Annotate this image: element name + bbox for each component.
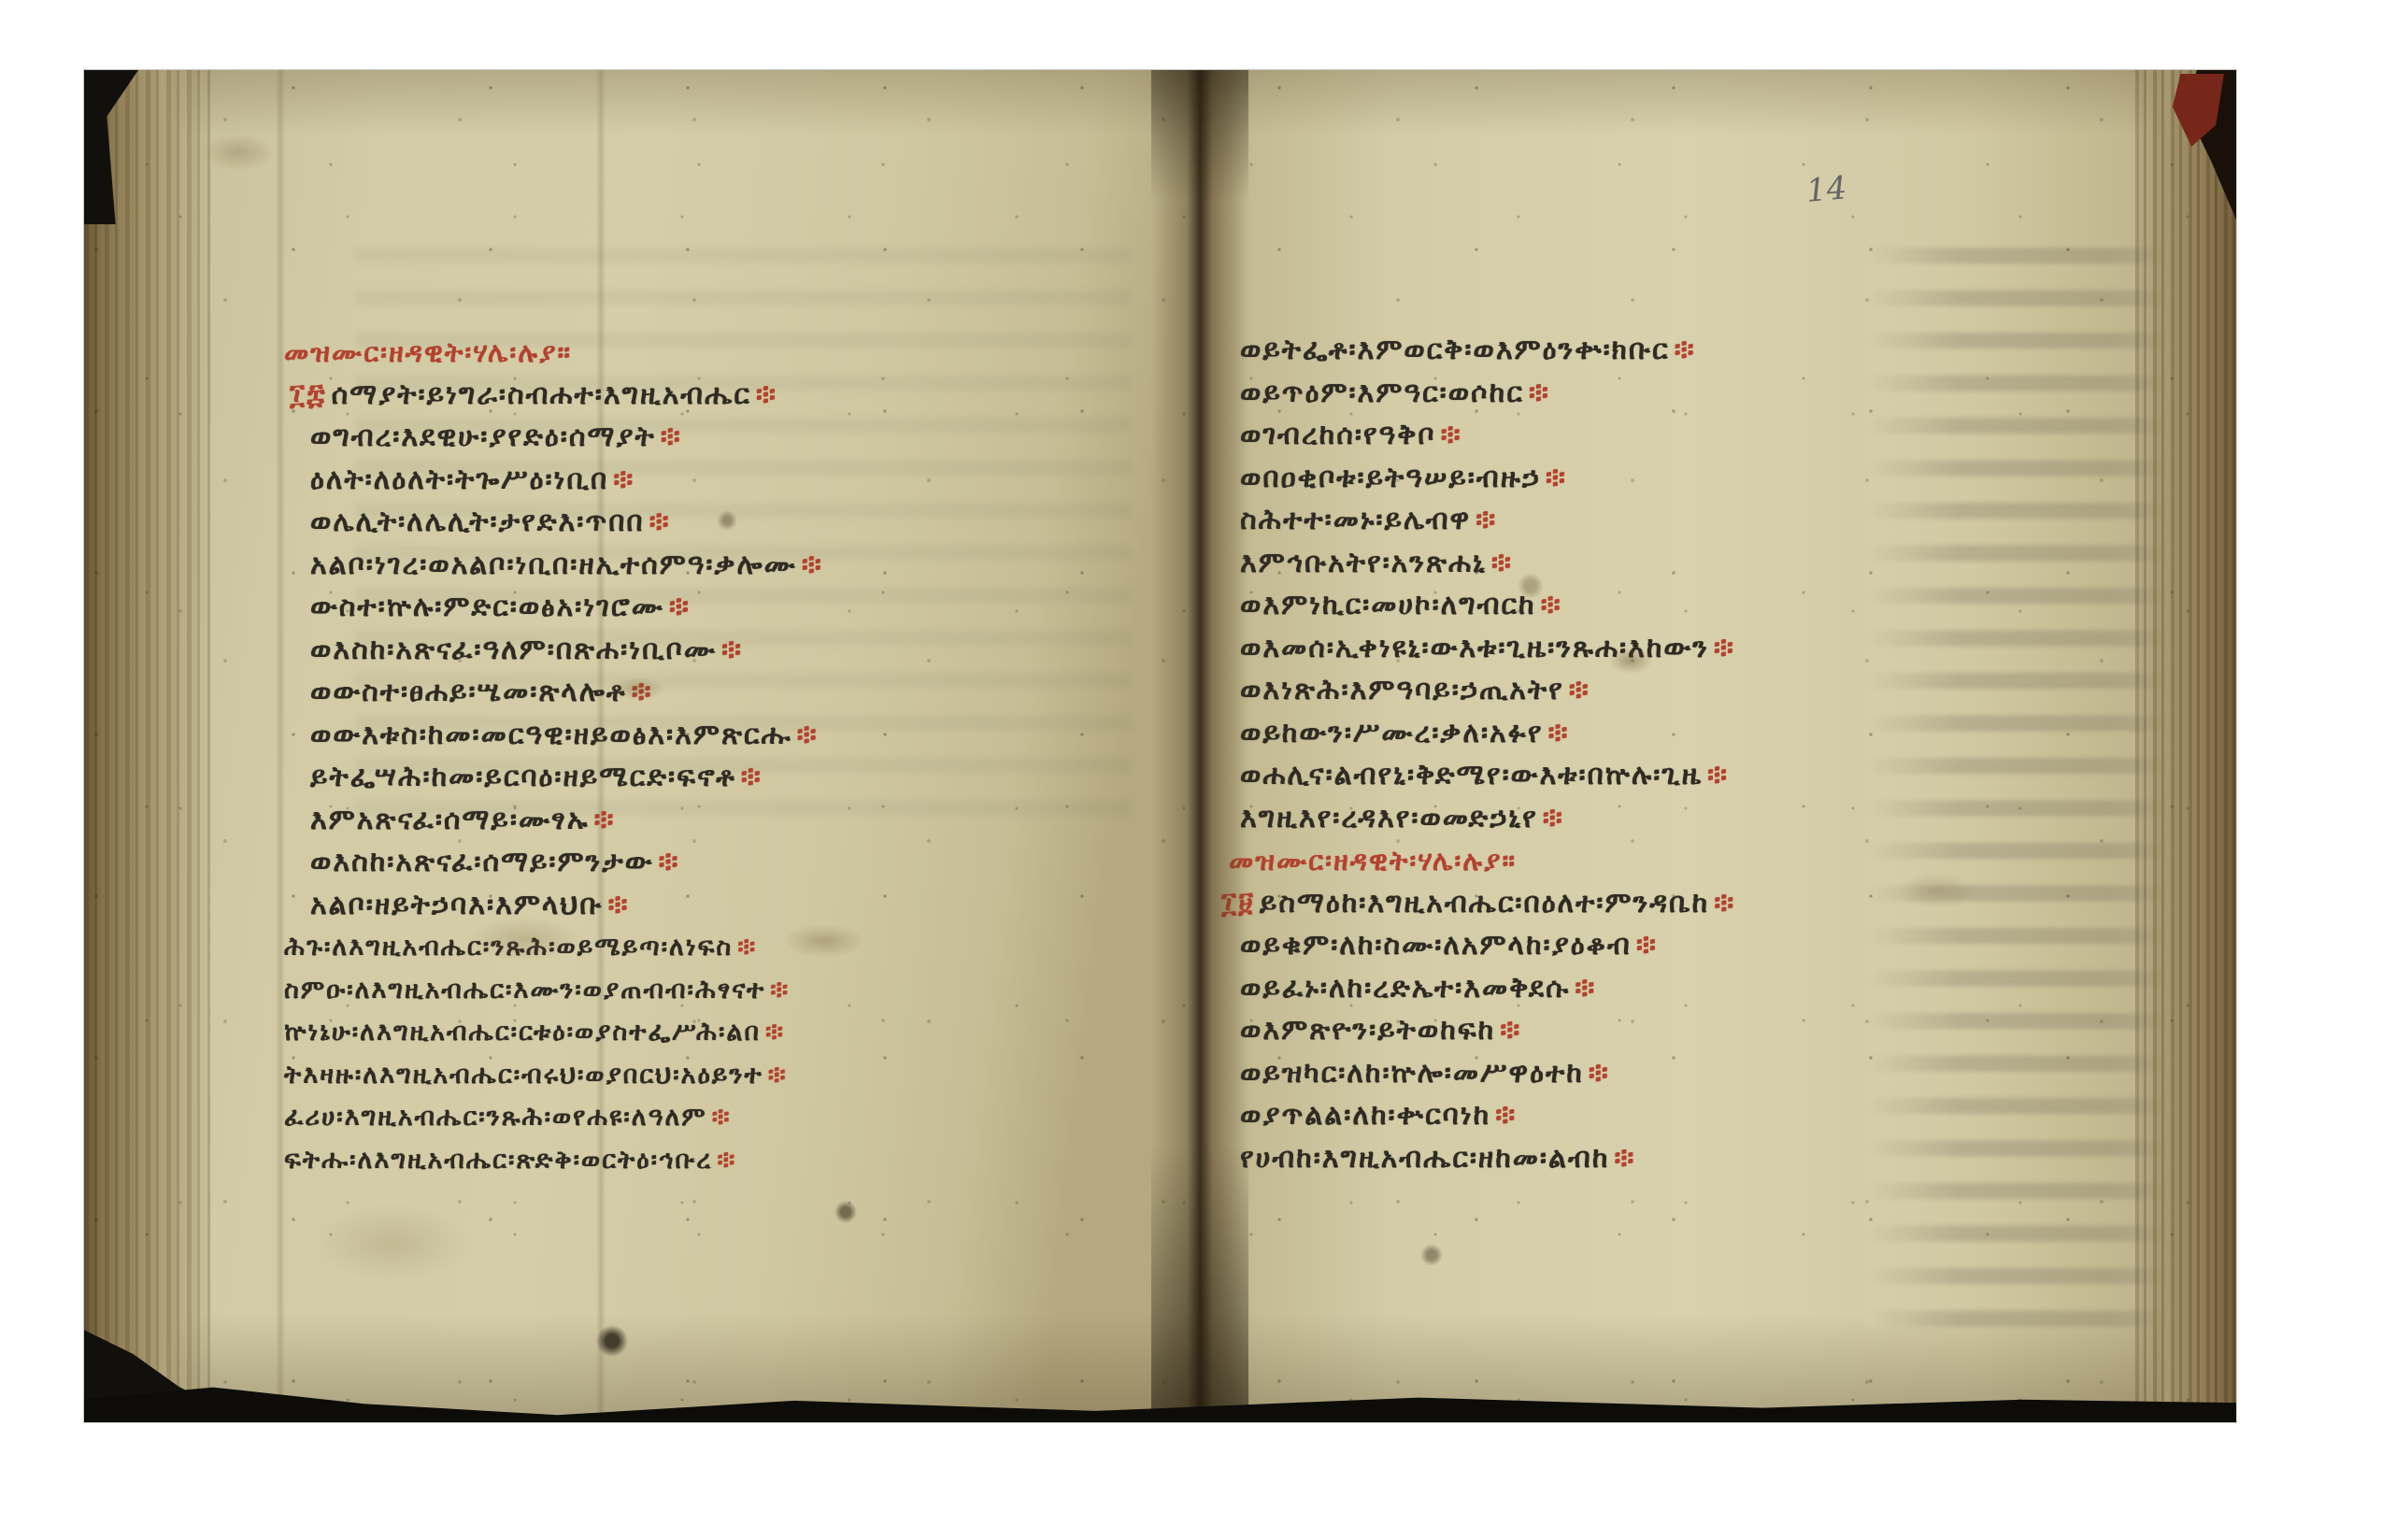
verse-end-mark: ፨ [613, 463, 634, 496]
line-text: ሰማያት፡ይነግራ፡ስብሐተ፡እግዚአብሔር [332, 378, 751, 411]
line-text: ወእስከ፡አጽናፈ፡ዓለም፡በጽሐ፡ነቢቦሙ [310, 634, 717, 666]
text-line: ወይከውን፡ሥሙረ፡ቃለ፡አፉየ፨ [1219, 712, 2219, 755]
verse-end-mark: ፨ [1548, 717, 1570, 749]
line-text: ወበዐቂቦቱ፡ይትዓሠይ፡ብዙኃ [1240, 462, 1541, 494]
verse-end-mark: ፨ [1495, 1099, 1517, 1132]
text-line: እምአጽናፈ፡ሰማይ፡ሙፃኡ፨ [278, 799, 1176, 842]
text-line: ወእምነኪር፡መሀኮ፡ለግብርከ፨ [1219, 584, 2219, 627]
line-text: ወይትፌቶ፡እምወርቅ፡ወእምዕንቍ፡ክቡር [1240, 334, 1670, 366]
line-text: ወያጥልል፡ለከ፡ቍርባነከ [1240, 1099, 1490, 1132]
line-text: ወግብረ፡እደዊሁ፡ያየድዕ፡ሰማያት [310, 421, 656, 453]
text-line: ወይቁም፡ለከ፡ስሙ፡ለአምላከ፡ያዕቆብ፨ [1219, 924, 2219, 967]
line-text: ውስተ፡ኵሉ፡ምድር፡ወፅአ፡ነገሮሙ [310, 591, 664, 623]
verse-end-mark: ፨ [1543, 802, 1564, 834]
line-text: ወውስተ፡ፀሐይ፡ሤመ፡ጽላሎቶ [310, 676, 627, 708]
text-line: እምኅቡአትየ፡አንጽሐኒ፨ [1219, 542, 2219, 585]
line-text: ኵነኔሁ፡ለእግዚአብሔር፡ርቱዕ፡ወያስተፌሥሕ፡ልበ [284, 1018, 761, 1047]
verse-end-mark: ፨ [737, 933, 757, 962]
line-text: የሀብከ፡እግዚአብሔር፡ዘከመ፡ልብከ [1240, 1142, 1609, 1175]
line-text: ወእመሰ፡ኢቀነዩኒ፡ውእቱ፡ጊዜ፡ንጹሐ፡እከውን [1240, 632, 1709, 664]
text-line: ወእስከ፡አጽናፈ፡ሰማይ፡ምንታው፨ [278, 841, 1176, 884]
text-line: ስምዑ፡ለእግዚአብሔር፡እሙን፡ወያጠብብ፡ሕፃናተ፨ [278, 969, 1176, 1012]
verse-end-mark: ፨ [669, 591, 691, 623]
verse-end-mark: ፨ [661, 421, 682, 453]
verse-end-mark: ፨ [632, 676, 653, 708]
verse-end-mark: ፨ [717, 1146, 736, 1175]
text-line: ወይትፌቶ፡እምወርቅ፡ወእምዕንቍ፡ክቡር፨ [1219, 329, 2219, 372]
line-text: ትእዛዙ፡ለእግዚአብሔር፡ብሩህ፡ወያበርህ፡አዕይንተ [284, 1061, 763, 1090]
text-line: እግዚእየ፡ረዳእየ፡ወመድኃኒየ፨ [1219, 797, 2219, 840]
left-text-column: መዝሙር፡ዘዳዊት፡ሃሌ፡ሉያ።፲፰ሰማያት፡ይነግራ፡ስብሐተ፡እግዚአብሔር… [278, 331, 1176, 1181]
text-line: ወውእቱስ፡ከመ፡መርዓዊ፡ዘይወፅእ፡እምጽርሑ፨ [278, 714, 1176, 757]
verse-end-mark: ፨ [1575, 972, 1596, 1005]
text-line: ዕለት፡ለዕለት፡ትጐሥዕ፡ነቢበ፨ [278, 459, 1176, 502]
verse-end-mark: ፨ [768, 1061, 788, 1090]
verse-end-mark: ፨ [1541, 589, 1562, 621]
text-line: ወይጥዕም፡እምዓር፡ወሶከር፨ [1219, 372, 2219, 415]
text-line: ፲፰ሰማያት፡ይነግራ፡ስብሐተ፡እግዚአብሔር፨ [278, 374, 1176, 417]
text-line: ወእስከ፡አጽናፈ፡ዓለም፡በጽሐ፡ነቢቦሙ፨ [278, 629, 1176, 672]
text-line: ወያጥልል፡ለከ፡ቍርባነከ፨ [1219, 1094, 2219, 1137]
verse-end-mark: ፨ [1714, 632, 1735, 664]
line-text: ወእምጽዮን፡ይትወከፍከ [1240, 1014, 1495, 1047]
line-text: ስምዑ፡ለእግዚአብሔር፡እሙን፡ወያጠብብ፡ሕፃናተ [284, 976, 765, 1005]
line-text: ይትፌሣሕ፡ከመ፡ይርባዕ፡ዘይሜርድ፡ፍኖቶ [310, 761, 736, 793]
text-line: ውስተ፡ኵሉ፡ምድር፡ወፅአ፡ነገሮሙ፨ [278, 586, 1176, 629]
line-text: ፈሪሀ፡እግዚአብሔር፡ንጹሕ፡ወየሐዩ፡ለዓለም [284, 1103, 707, 1132]
text-line: ትእዛዙ፡ለእግዚአብሔር፡ብሩህ፡ወያበርህ፡አዕይንተ፨ [278, 1054, 1176, 1097]
screenshot-canvas: መዝሙር፡ዘዳዊት፡ሃሌ፡ሉያ።፲፰ሰማያት፡ይነግራ፡ስብሐተ፡እግዚአብሔር… [0, 0, 2381, 1540]
text-line: ወውስተ፡ፀሐይ፡ሤመ፡ጽላሎቶ፨ [278, 671, 1176, 714]
line-text: መዝሙር፡ዘዳዊት፡ሃሌ፡ሉያ። [1229, 845, 1517, 877]
folio-number-annotation: 14 [1804, 169, 1848, 210]
verse-end-mark: ፨ [765, 1018, 785, 1047]
text-line: ወእምጽዮን፡ይትወከፍከ፨ [1219, 1009, 2219, 1052]
line-text: ሕጉ፡ለእግዚአብሔር፡ንጹሕ፡ወይሜይጣ፡ለነፍስ [284, 933, 733, 962]
right-text-column: ወይትፌቶ፡እምወርቅ፡ወእምዕንቍ፡ክቡር፨ወይጥዕም፡እምዓር፡ወሶከር፨ወ… [1219, 329, 2219, 1179]
verse-end-mark: ፨ [802, 549, 823, 581]
verse-end-mark: ፨ [797, 719, 819, 751]
text-line: ይትፌሣሕ፡ከመ፡ይርባዕ፡ዘይሜርድ፡ፍኖቶ፨ [278, 756, 1176, 799]
line-text: አልቦ፡ነገረ፡ወአልቦ፡ነቢበ፡ዘኢተሰምዓ፡ቃሎሙ [310, 549, 797, 581]
verse-end-mark: ፨ [1614, 1142, 1635, 1175]
verse-end-mark: ፨ [1569, 674, 1590, 706]
verse-end-mark: ፨ [607, 889, 629, 921]
text-line: አልቦ፡ነገረ፡ወአልቦ፡ነቢበ፡ዘኢተሰምዓ፡ቃሎሙ፨ [278, 544, 1176, 587]
line-text: ወይጥዕም፡እምዓር፡ወሶከር [1240, 377, 1524, 409]
verse-end-mark: ፨ [1675, 334, 1696, 366]
line-text: ወይዝካር፡ለከ፡ኵሎ፡መሥዋዕተከ [1240, 1057, 1584, 1090]
text-line: ኵነኔሁ፡ለእግዚአብሔር፡ርቱዕ፡ወያስተፌሥሕ፡ልበ፨ [278, 1011, 1176, 1054]
rubric-line: መዝሙር፡ዘዳዊት፡ሃሌ፡ሉያ። [278, 331, 1176, 374]
line-text: ወእነጽሕ፡እምዓባይ፡ኃጢአትየ [1240, 674, 1564, 706]
text-line: ወይፈኑ፡ለከ፡ረድኤተ፡እመቅደሱ፨ [1219, 967, 2219, 1010]
verse-end-mark: ፨ [756, 378, 777, 411]
text-line: ወግብረ፡እደዊሁ፡ያየድዕ፡ሰማያት፨ [278, 416, 1176, 459]
text-line: ወገብረከሰ፡የዓቅቦ፨ [1219, 414, 2219, 457]
left-page: መዝሙር፡ዘዳዊት፡ሃሌ፡ሉያ።፲፰ሰማያት፡ይነግራ፡ስብሐተ፡እግዚአብሔር… [84, 70, 1201, 1422]
verse-end-mark: ፨ [1546, 462, 1567, 494]
verse-end-mark: ፨ [593, 804, 615, 836]
verse-end-mark: ፨ [1491, 547, 1513, 579]
text-line: ወበዐቂቦቱ፡ይትዓሠይ፡ብዙኃ፨ [1219, 457, 2219, 500]
verse-end-mark: ፨ [1636, 929, 1658, 962]
line-text: ፍትሑ፡ለእግዚአብሔር፡ጽድቅ፡ወርትዕ፡ኅቡረ [284, 1146, 712, 1175]
line-text: እምአጽናፈ፡ሰማይ፡ሙፃኡ [310, 804, 589, 836]
line-text: ዕለት፡ለዕለት፡ትጐሥዕ፡ነቢበ [310, 463, 608, 496]
verse-number: ፲፱ [1221, 887, 1255, 920]
line-text: መዝሙር፡ዘዳዊት፡ሃሌ፡ሉያ። [284, 336, 572, 368]
verse-end-mark: ፨ [1529, 377, 1550, 409]
verse-end-mark: ፨ [1714, 887, 1735, 920]
verse-number: ፲፰ [290, 378, 327, 411]
text-line: ስሕተተ፡መኑ፡ይሌብዋ፨ [1219, 499, 2219, 542]
line-text: ወሌሊት፡ለሌሊት፡ታየድእ፡ጥበበ [310, 506, 645, 538]
verse-end-mark: ፨ [770, 976, 790, 1005]
text-line: ወይዝካር፡ለከ፡ኵሎ፡መሥዋዕተከ፨ [1219, 1052, 2219, 1095]
verse-end-mark: ፨ [1476, 504, 1497, 536]
line-text: እግዚእየ፡ረዳእየ፡ወመድኃኒየ [1240, 802, 1538, 834]
verse-end-mark: ፨ [649, 506, 671, 538]
rubric-line: መዝሙር፡ዘዳዊት፡ሃሌ፡ሉያ። [1219, 839, 2219, 882]
verse-end-mark: ፨ [659, 846, 680, 878]
text-line: ወሌሊት፡ለሌሊት፡ታየድእ፡ጥበበ፨ [278, 501, 1176, 544]
manuscript-photo: መዝሙር፡ዘዳዊት፡ሃሌ፡ሉያ።፲፰ሰማያት፡ይነግራ፡ስብሐተ፡እግዚአብሔር… [84, 70, 2236, 1422]
line-text: ወሐሊና፡ልብየኒ፡ቅድሜየ፡ውእቱ፡በኵሉ፡ጊዜ [1240, 759, 1703, 791]
verse-end-mark: ፨ [1500, 1014, 1521, 1047]
right-page: 14 ወይትፌቶ፡እምወርቅ፡ወእምዕንቍ፡ክቡር፨ወይጥዕም፡እምዓር፡ወሶከ… [1201, 70, 2236, 1422]
verse-end-mark: ፨ [1441, 419, 1462, 451]
text-line: ፲፱ይስማዕከ፡እግዚአብሔር፡በዕለተ፡ምንዳቤከ፨ [1219, 882, 2219, 925]
verse-end-mark: ፨ [1589, 1057, 1610, 1090]
text-line: አልቦ፡ዘይትኃባእ፡እምላህቡ፨ [278, 884, 1176, 927]
line-text: ወይቁም፡ለከ፡ስሙ፡ለአምላከ፡ያዕቆብ [1240, 929, 1632, 962]
line-text: ወእምነኪር፡መሀኮ፡ለግብርከ [1240, 589, 1536, 621]
text-line: ወእመሰ፡ኢቀነዩኒ፡ውእቱ፡ጊዜ፡ንጹሐ፡እከውን፨ [1219, 627, 2219, 670]
verse-end-mark: ፨ [721, 634, 743, 666]
text-line: ሕጉ፡ለእግዚአብሔር፡ንጹሕ፡ወይሜይጣ፡ለነፍስ፨ [278, 926, 1176, 969]
text-line: ፈሪሀ፡እግዚአብሔር፡ንጹሕ፡ወየሐዩ፡ለዓለም፨ [278, 1096, 1176, 1139]
text-line: ወእነጽሕ፡እምዓባይ፡ኃጢአትየ፨ [1219, 669, 2219, 712]
text-line: የሀብከ፡እግዚአብሔር፡ዘከመ፡ልብከ፨ [1219, 1137, 2219, 1180]
line-text: ይስማዕከ፡እግዚአብሔር፡በዕለተ፡ምንዳቤከ [1260, 887, 1709, 920]
line-text: ወይፈኑ፡ለከ፡ረድኤተ፡እመቅደሱ [1240, 972, 1570, 1005]
line-text: ወይከውን፡ሥሙረ፡ቃለ፡አፉየ [1240, 717, 1544, 749]
line-text: ወውእቱስ፡ከመ፡መርዓዊ፡ዘይወፅእ፡እምጽርሑ [310, 719, 792, 751]
line-text: ስሕተተ፡መኑ፡ይሌብዋ [1240, 504, 1471, 536]
text-line: ፍትሑ፡ለእግዚአብሔር፡ጽድቅ፡ወርትዕ፡ኅቡረ፨ [278, 1139, 1176, 1182]
text-line: ወሐሊና፡ልብየኒ፡ቅድሜየ፡ውእቱ፡በኵሉ፡ጊዜ፨ [1219, 754, 2219, 797]
line-text: ወእስከ፡አጽናፈ፡ሰማይ፡ምንታው [310, 846, 654, 878]
line-text: አልቦ፡ዘይትኃባእ፡እምላህቡ [310, 889, 603, 921]
verse-end-mark: ፨ [741, 761, 763, 793]
verse-end-mark: ፨ [1707, 759, 1729, 791]
line-text: እምኅቡአትየ፡አንጽሐኒ [1240, 547, 1487, 579]
line-text: ወገብረከሰ፡የዓቅቦ [1240, 419, 1436, 451]
verse-end-mark: ፨ [712, 1103, 732, 1132]
